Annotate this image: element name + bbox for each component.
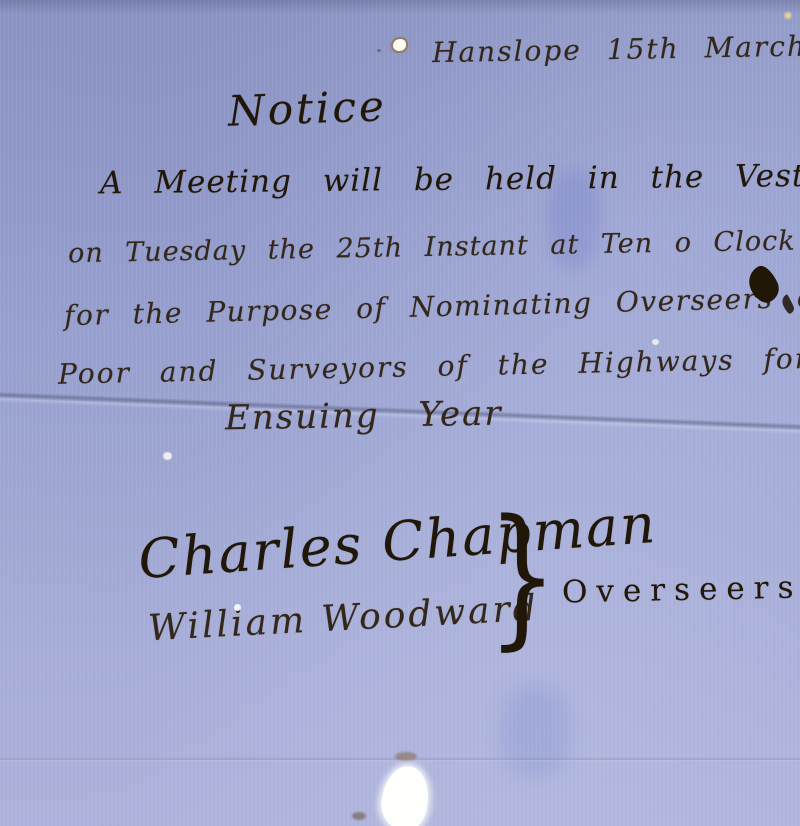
body-line: for the Purpose of Nominating Overseers … [64, 279, 800, 332]
body-line: on Tuesday the 25th Instant at Ten o Clo… [68, 224, 800, 269]
overseers-label: Overseers [562, 569, 800, 610]
document-page: Hanslope 15th March 1866 Notice A Meetin… [0, 0, 800, 826]
paper-fleck [163, 452, 172, 460]
paper-fleck [234, 604, 241, 611]
notice-title: Notice [227, 81, 387, 136]
body-line: A Meeting will be held in the Vestry Roo [100, 157, 800, 202]
paper-speck [352, 812, 366, 820]
signature-brace: } [488, 496, 558, 656]
body-line: Ensuing Year [225, 394, 503, 439]
dateline: Hanslope 15th March 1866 [432, 28, 800, 69]
paper-speck [783, 11, 793, 20]
paper-fleck [652, 339, 659, 345]
signature-william-woodward: William Woodward [147, 588, 540, 649]
paper-speck [395, 752, 417, 761]
paper-hole [393, 39, 406, 51]
paper-speck [377, 49, 381, 52]
ink-showthrough-stain [500, 685, 572, 777]
body-line: Poor and Surveyors of the Highways for t… [58, 340, 800, 390]
paper-tear-white-patch [378, 763, 431, 826]
